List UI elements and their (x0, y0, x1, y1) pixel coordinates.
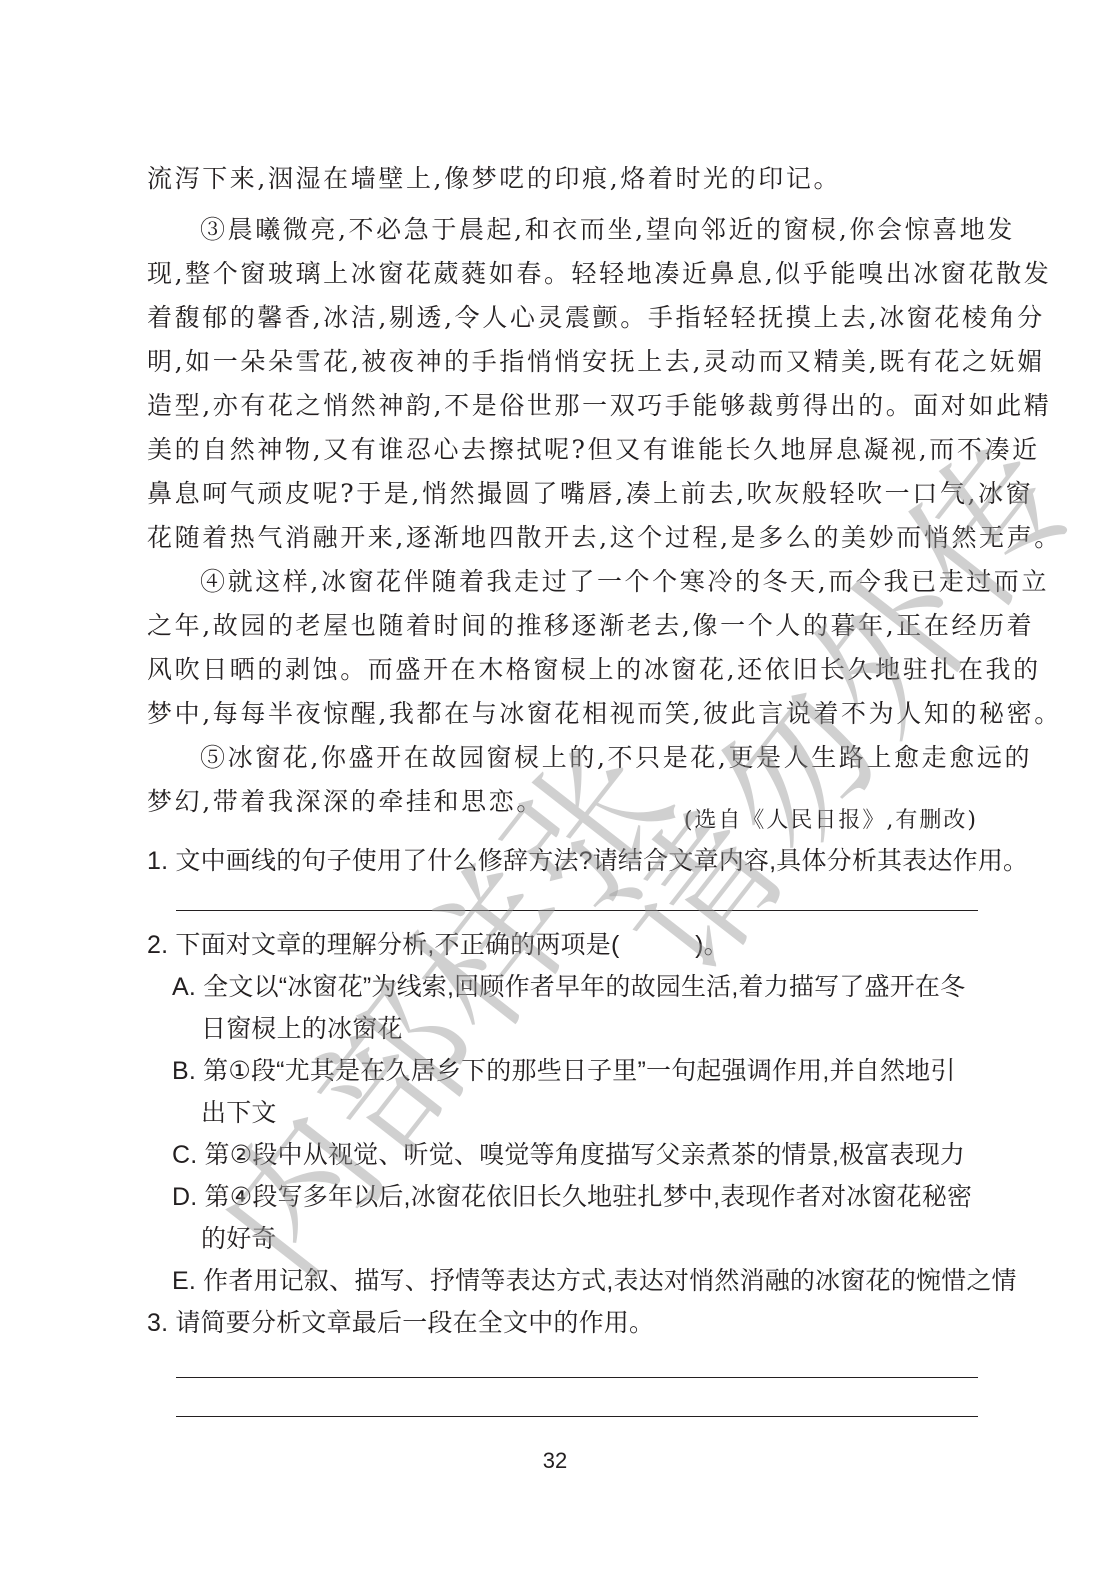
option-b: B. 第①段“尤其是在久居乡下的那些日子里”一句起强调作用,并自然地引 (172, 1056, 1004, 1086)
option-a-cont: 日窗棂上的冰窗花 (201, 1014, 1033, 1044)
option-d: D. 第④段写多年以后,冰窗花依旧长久地驻扎梦中,表现作者对冰窗花秘密 (172, 1182, 1004, 1212)
passage-line: 梦中,每每半夜惊醒,我都在与冰窗花相视而笑,彼此言说着不为人知的秘密。 (147, 699, 979, 729)
page-number: 32 (0, 1448, 1110, 1474)
question-2-stem: 2. 下面对文章的理解分析,不正确的两项是( )。 (147, 930, 979, 960)
paragraph-5-start: ⑤冰窗花,你盛开在故园窗棂上的,不只是花,更是人生路上愈走愈远的 (200, 743, 979, 773)
passage-line: 鼻息呵气顽皮呢?于是,悄然撮圆了嘴唇,凑上前去,吹灰般轻吹一口气,冰窗 (147, 479, 979, 509)
passage-line: 明,如一朵朵雪花,被夜神的手指悄悄安抚上去,灵动而又精美,既有花之妩媚 (147, 347, 979, 377)
passage-line: 美的自然神物,又有谁忍心去擦拭呢?但又有谁能长久地屏息凝视,而不凑近 (147, 435, 979, 465)
option-b-cont: 出下文 (201, 1098, 1033, 1128)
paragraph-3-start: ③晨曦微亮,不必急于晨起,和衣而坐,望向邻近的窗棂,你会惊喜地发 (200, 215, 979, 245)
passage-line: 风吹日晒的剥蚀。而盛开在木格窗棂上的冰窗花,还依旧长久地驻扎在我的 (147, 655, 979, 685)
passage-line: 流泻下来,洇湿在墙壁上,像梦呓的印痕,烙着时光的印记。 (147, 164, 979, 194)
answer-line-q3-2[interactable] (176, 1416, 978, 1417)
source-citation: (选自《人民日报》,有删改) (684, 803, 978, 834)
question-3: 3. 请简要分析文章最后一段在全文中的作用。 (147, 1308, 979, 1338)
passage-line: 造型,亦有花之悄然神韵,不是俗世那一双巧手能够裁剪得出的。面对如此精 (147, 391, 979, 421)
passage-line: 花随着热气消融开来,逐渐地四散开去,这个过程,是多么的美妙而悄然无声。 (147, 523, 979, 553)
answer-line-q3-1[interactable] (176, 1377, 978, 1378)
option-d-cont: 的好奇 (201, 1224, 1033, 1254)
passage-line: 着馥郁的馨香,冰洁,剔透,令人心灵震颤。手指轻轻抚摸上去,冰窗花棱角分 (147, 303, 979, 333)
passage-line: 现,整个窗玻璃上冰窗花葳蕤如春。轻轻地凑近鼻息,似乎能嗅出冰窗花散发 (147, 259, 979, 289)
option-c: C. 第②段中从视觉、听觉、嗅觉等角度描写父亲煮茶的情景,极富表现力 (172, 1140, 1004, 1170)
document-page: 流泻下来,洇湿在墙壁上,像梦呓的印痕,烙着时光的印记。 ③晨曦微亮,不必急于晨起… (0, 0, 1110, 1571)
passage-line: 之年,故园的老屋也随着时间的推移逐渐老去,像一个人的暮年,正在经历着 (147, 611, 979, 641)
question-1: 1. 文中画线的句子使用了什么修辞方法?请结合文章内容,具体分析其表达作用。 (147, 846, 979, 876)
answer-line-q1[interactable] (176, 910, 978, 911)
option-e: E. 作者用记叙、描写、抒情等表达方式,表达对悄然消融的冰窗花的惋惜之情 (172, 1266, 1004, 1296)
paragraph-4-start: ④就这样,冰窗花伴随着我走过了一个个寒冷的冬天,而今我已走过而立 (200, 567, 979, 597)
option-a: A. 全文以“冰窗花”为线索,回顾作者早年的故园生活,着力描写了盛开在冬 (172, 972, 1004, 1002)
